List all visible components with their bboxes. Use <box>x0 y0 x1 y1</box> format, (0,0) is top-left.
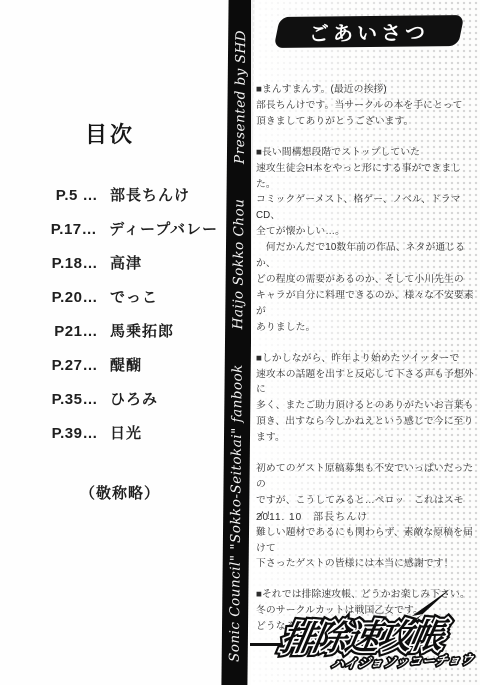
toc-title: 目次 <box>10 118 210 149</box>
greeting-paragraph: ■それでは排除速攻帳、どうかお楽しみ下さい。 冬のサークルカットは戦国乙女です。… <box>256 587 476 635</box>
spine-series-title: Haijo Sokko Chou <box>230 199 247 330</box>
spine-presenter-credit: Presented by SHD <box>232 30 249 164</box>
toc-page-label: P.5 … <box>28 187 98 204</box>
greeting-body: ■まんすまんす。(最近の挨拶) 部長ちんけです。当サークルの本を手にとって 頂き… <box>256 82 476 650</box>
toc-author-name: 醍醐 <box>110 354 142 375</box>
toc-panel: 目次 P.5 … 部長ちんけ P.17… ディープバレー P.18… 高津 P.… <box>0 0 226 685</box>
toc-author-name: でっこ <box>110 286 158 307</box>
toc-author-name: 高津 <box>110 252 142 273</box>
toc-author-name: ひろみ <box>110 388 158 409</box>
toc-row: P.39… 日光 <box>28 422 218 440</box>
toc-row: P.27… 醍醐 <box>28 354 218 372</box>
toc-page-label: P21… <box>28 323 98 340</box>
toc-author-name: 日光 <box>110 422 142 443</box>
toc-author-name: ディープバレー <box>109 218 218 239</box>
toc-row: P.5 … 部長ちんけ <box>28 184 218 202</box>
toc-row: P.20… でっこ <box>28 286 218 304</box>
toc-row: P.35… ひろみ <box>28 388 218 406</box>
toc-list: P.5 … 部長ちんけ P.17… ディープバレー P.18… 高津 P.20…… <box>28 184 218 456</box>
toc-page-label: P.39… <box>28 425 98 442</box>
toc-page-label: P.18… <box>28 255 98 272</box>
greeting-heading: ごあいさつ <box>309 16 430 46</box>
toc-page-label: P.17… <box>28 221 97 238</box>
doujinshi-page: 目次 P.5 … 部長ちんけ P.17… ディープバレー P.18… 高津 P.… <box>0 0 480 685</box>
greeting-paragraph: ■しかしながら、昨年より始めたツイッターで 速攻本の話題を出すと反応して下さる声… <box>256 351 476 446</box>
toc-row: P21… 馬乗拓郎 <box>28 320 218 338</box>
author-signature: 2011. 10 部長ちんけ <box>256 508 368 523</box>
spine-stripe: Sonic Council" "Sokko-Seitokai" fanbook … <box>221 0 254 685</box>
toc-page-label: P.20… <box>28 289 98 306</box>
toc-row: P.18… 高津 <box>28 252 218 270</box>
greeting-paragraph: ■長い間構想段階でストップしていた 速攻生徒会H本をやっと形にする事ができました… <box>256 145 476 336</box>
toc-author-name: 部長ちんけ <box>110 184 190 205</box>
toc-row: P.17… ディープバレー <box>28 218 218 236</box>
spine-credits: Sonic Council" "Sokko-Seitokai" fanbook … <box>221 0 254 685</box>
toc-page-label: P.35… <box>28 391 98 408</box>
honorifics-omitted-note: （敬称略） <box>40 482 200 503</box>
greeting-paragraph: ■まんすまんす。(最近の挨拶) 部長ちんけです。当サークルの本を手にとって 頂き… <box>256 82 476 130</box>
greeting-heading-box: ごあいさつ <box>274 15 465 48</box>
toc-author-name: 馬乗拓郎 <box>110 320 174 341</box>
greeting-panel: ごあいさつ ■まんすまんす。(最近の挨拶) 部長ちんけです。当サークルの本を手に… <box>251 0 480 685</box>
spine-fanbook-credit: Sonic Council" "Sokko-Seitokai" fanbook <box>227 364 246 662</box>
toc-page-label: P.27… <box>28 357 98 374</box>
